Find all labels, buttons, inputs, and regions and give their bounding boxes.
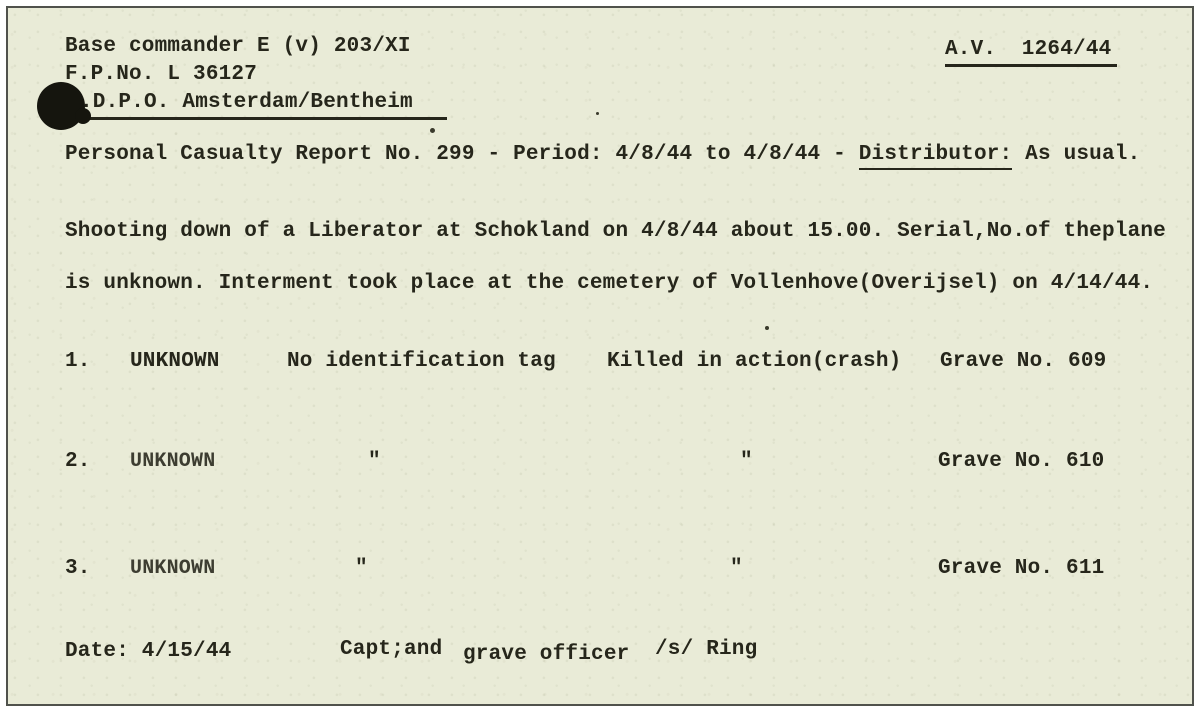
- casualty-name: UNKNOWN: [130, 451, 215, 473]
- signer-rank: Capt;and: [340, 639, 442, 661]
- signature-initials: /s/ Ring: [655, 639, 757, 661]
- casualty-name: UNKNOWN: [130, 351, 220, 373]
- body-paragraph-line-2: is unknown. Interment took place at the …: [65, 273, 1153, 295]
- casualty-grave-number: Grave No. 609: [940, 351, 1106, 373]
- casualty-cause: ": [730, 558, 743, 580]
- body-paragraph-line-1: Shooting down of a Liberator at Schoklan…: [65, 221, 1166, 243]
- report-title-line: Personal Casualty Report No. 299 - Perio…: [65, 144, 1140, 166]
- signer-title: grave officer: [463, 644, 629, 666]
- report-title-distributor-label: Distributor:: [859, 143, 1013, 170]
- report-date: Date: 4/15/44: [65, 641, 231, 663]
- report-title-suffix: As usual.: [1012, 143, 1140, 166]
- hole-punch-mark: [37, 82, 85, 130]
- reference-number: A.V. 1264/44: [945, 39, 1117, 67]
- casualty-number: 1.: [65, 351, 91, 373]
- ink-speck: [430, 128, 435, 133]
- casualty-name: UNKNOWN: [130, 558, 215, 580]
- header-sender-line-2: F.P.No. L 36127: [65, 64, 257, 86]
- casualty-identification: No identification tag: [287, 351, 556, 373]
- report-title-prefix: Personal Casualty Report No. 299 - Perio…: [65, 143, 859, 166]
- casualty-cause: ": [740, 451, 753, 473]
- casualty-row: 3. UNKNOWN " " Grave No. 611: [8, 558, 1192, 584]
- casualty-row: 1. UNKNOWN No identification tag Killed …: [8, 351, 1192, 377]
- ink-speck: [596, 112, 599, 115]
- casualty-identification: ": [368, 451, 381, 473]
- scanned-document: Base commander E (v) 203/XI F.P.No. L 36…: [0, 0, 1200, 712]
- casualty-grave-number: Grave No. 611: [938, 558, 1104, 580]
- casualty-grave-number: Grave No. 610: [938, 451, 1104, 473]
- casualty-identification: ": [355, 558, 368, 580]
- casualty-row: 2. UNKNOWN " " Grave No. 610: [8, 451, 1192, 477]
- casualty-number: 3.: [65, 558, 91, 580]
- casualty-number: 2.: [65, 451, 91, 473]
- casualty-report-page: Base commander E (v) 203/XI F.P.No. L 36…: [6, 6, 1194, 706]
- header-sender-line-3: .D.P.O. Amsterdam/Bentheim: [44, 92, 447, 120]
- casualty-cause: Killed in action(crash): [607, 351, 901, 373]
- header-sender-line-1: Base commander E (v) 203/XI: [65, 36, 411, 58]
- ink-speck: [765, 326, 769, 330]
